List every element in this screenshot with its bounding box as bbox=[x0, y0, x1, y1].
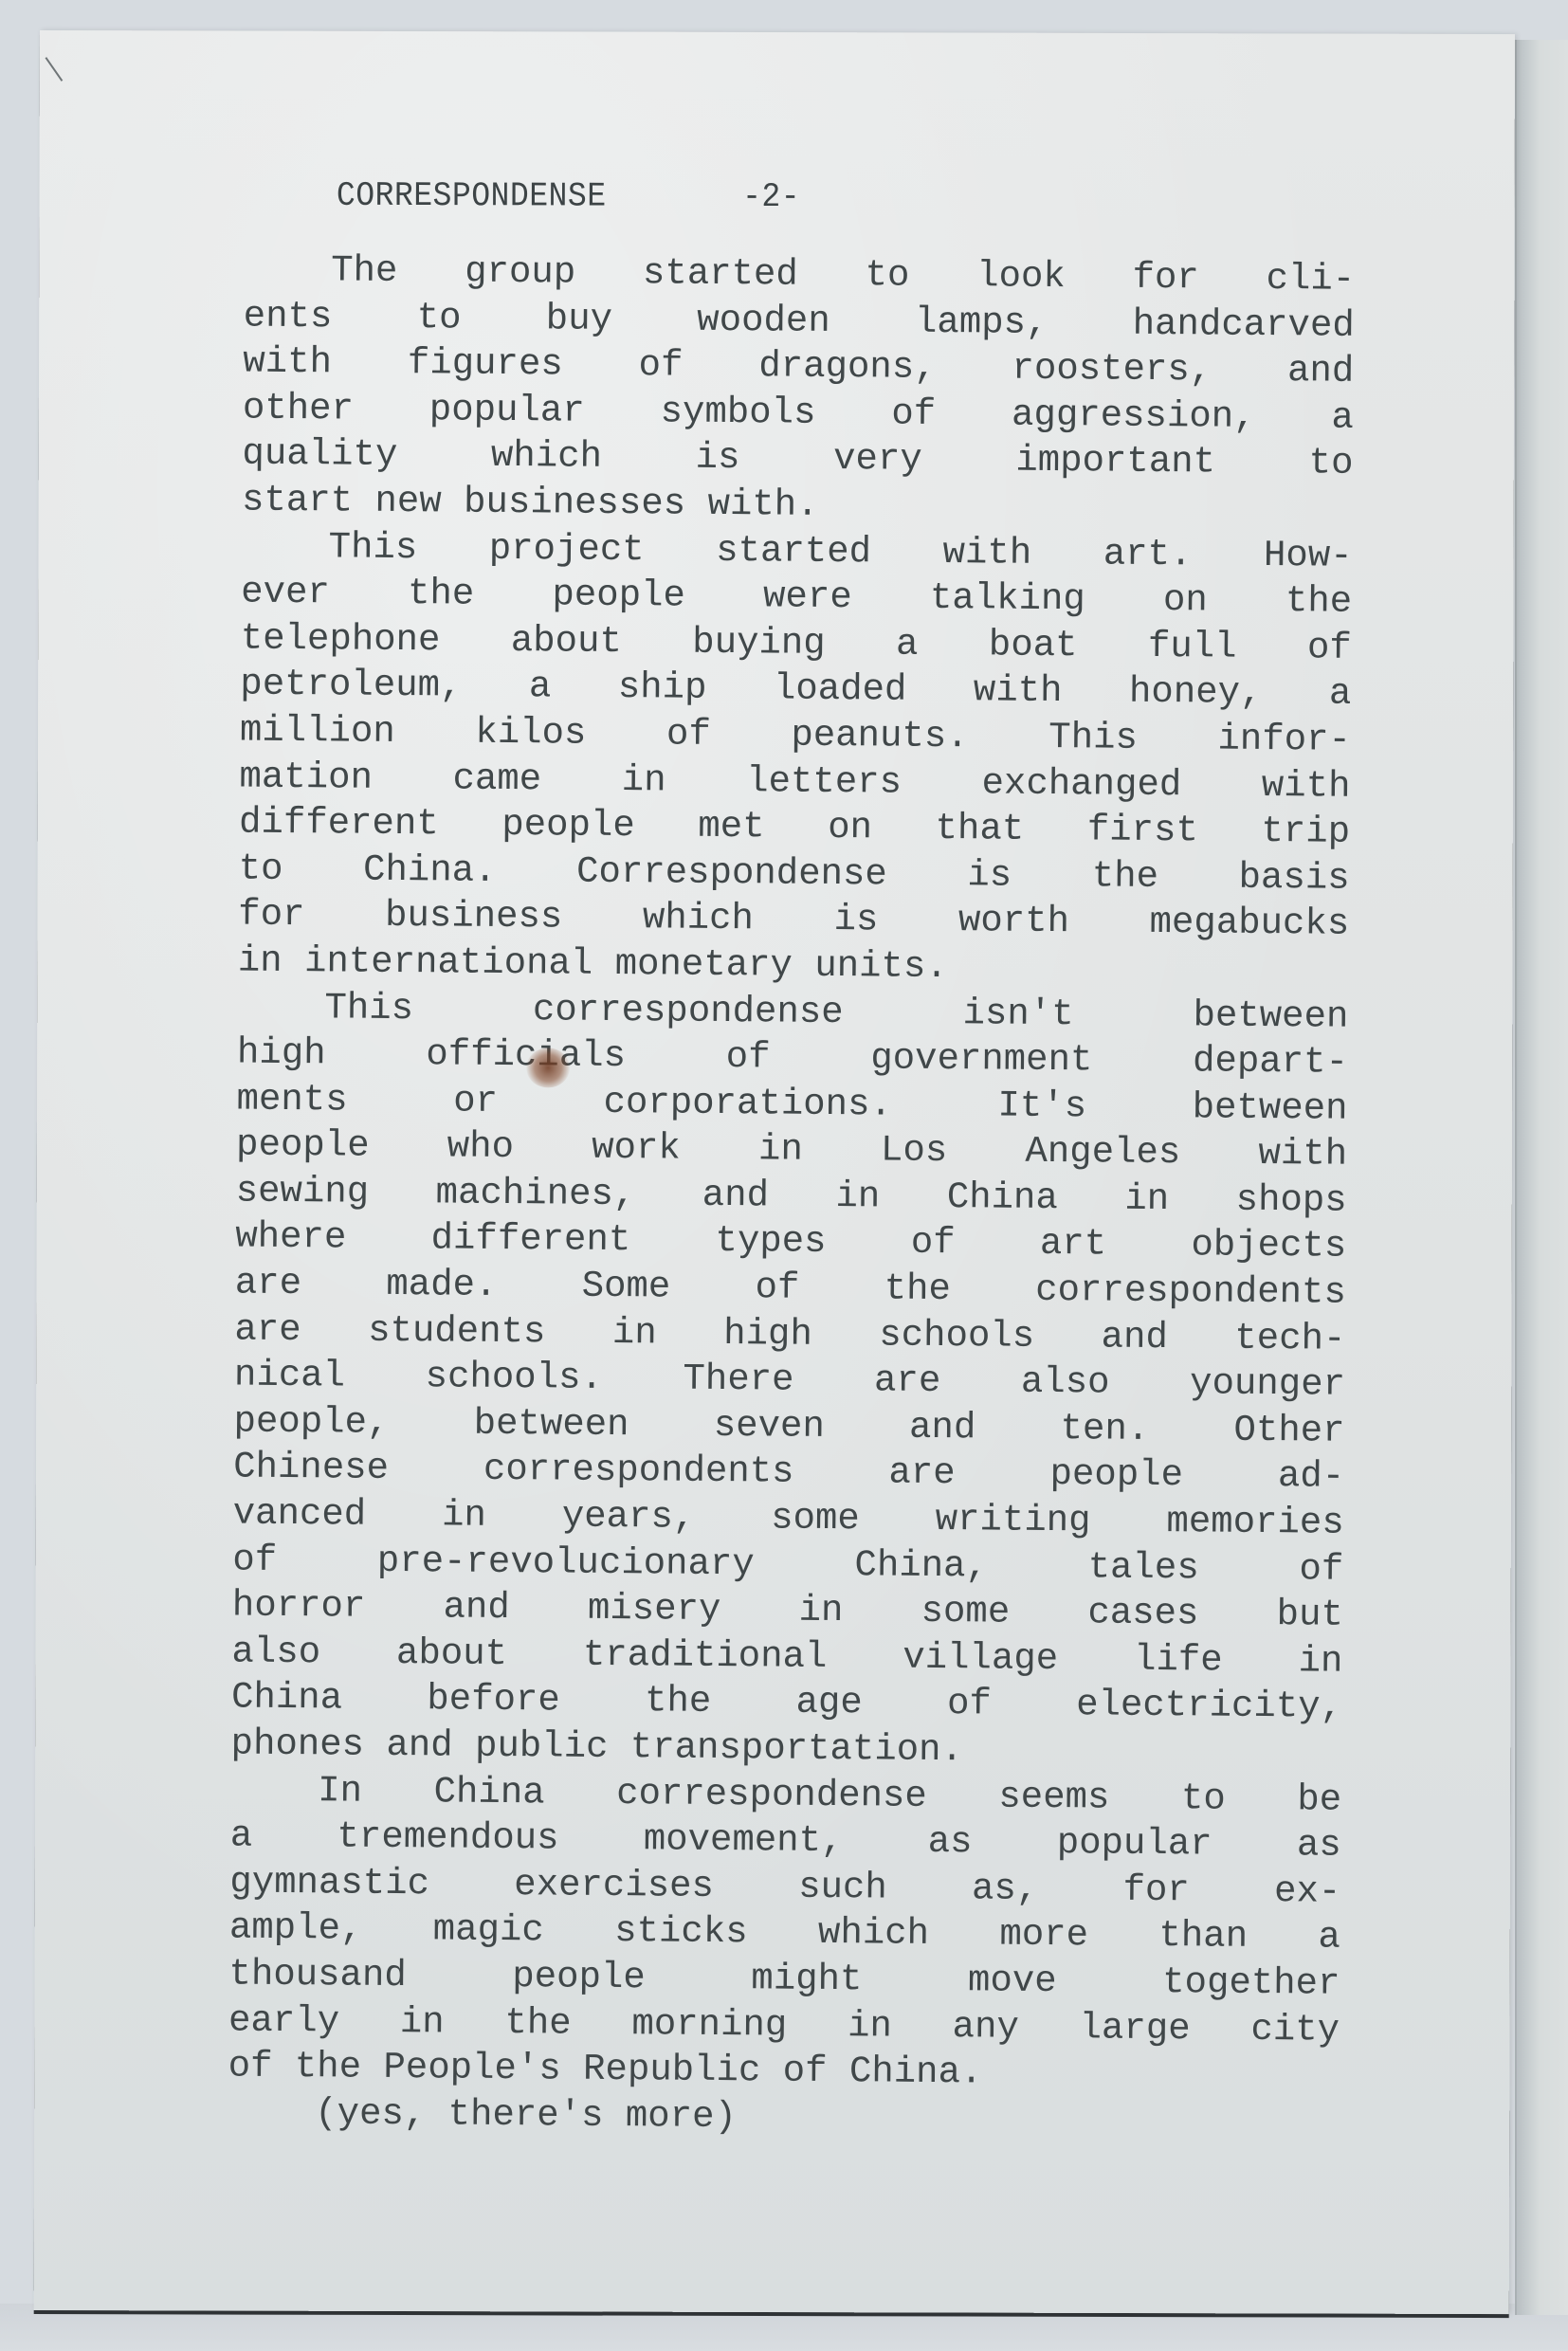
adjacent-page-edge bbox=[1515, 40, 1568, 2315]
coffee-stain bbox=[526, 1048, 570, 1087]
document-title: CORRESPONDENSE bbox=[337, 176, 607, 216]
staple-mark bbox=[46, 57, 64, 82]
continuation-note: (yes, there's more) bbox=[228, 2089, 1339, 2145]
paragraph: This correspondense isn't betweenhigh of… bbox=[230, 984, 1348, 1777]
paragraph: In China correspondense seems to bea tre… bbox=[228, 1767, 1341, 2099]
paragraph: The group started to look for cli-ents t… bbox=[242, 247, 1355, 534]
typewritten-page: CORRESPONDENSE-2- The group started to l… bbox=[34, 30, 1515, 2314]
page-number: -2- bbox=[742, 177, 800, 216]
page-header: CORRESPONDENSE-2- bbox=[259, 137, 800, 255]
body-text: The group started to look for cli-ents t… bbox=[228, 247, 1355, 2145]
paragraph: This project started with art. How-ever … bbox=[238, 523, 1353, 993]
upside-down-cut-text: (best of show & shows) bbox=[641, 2205, 1204, 2242]
